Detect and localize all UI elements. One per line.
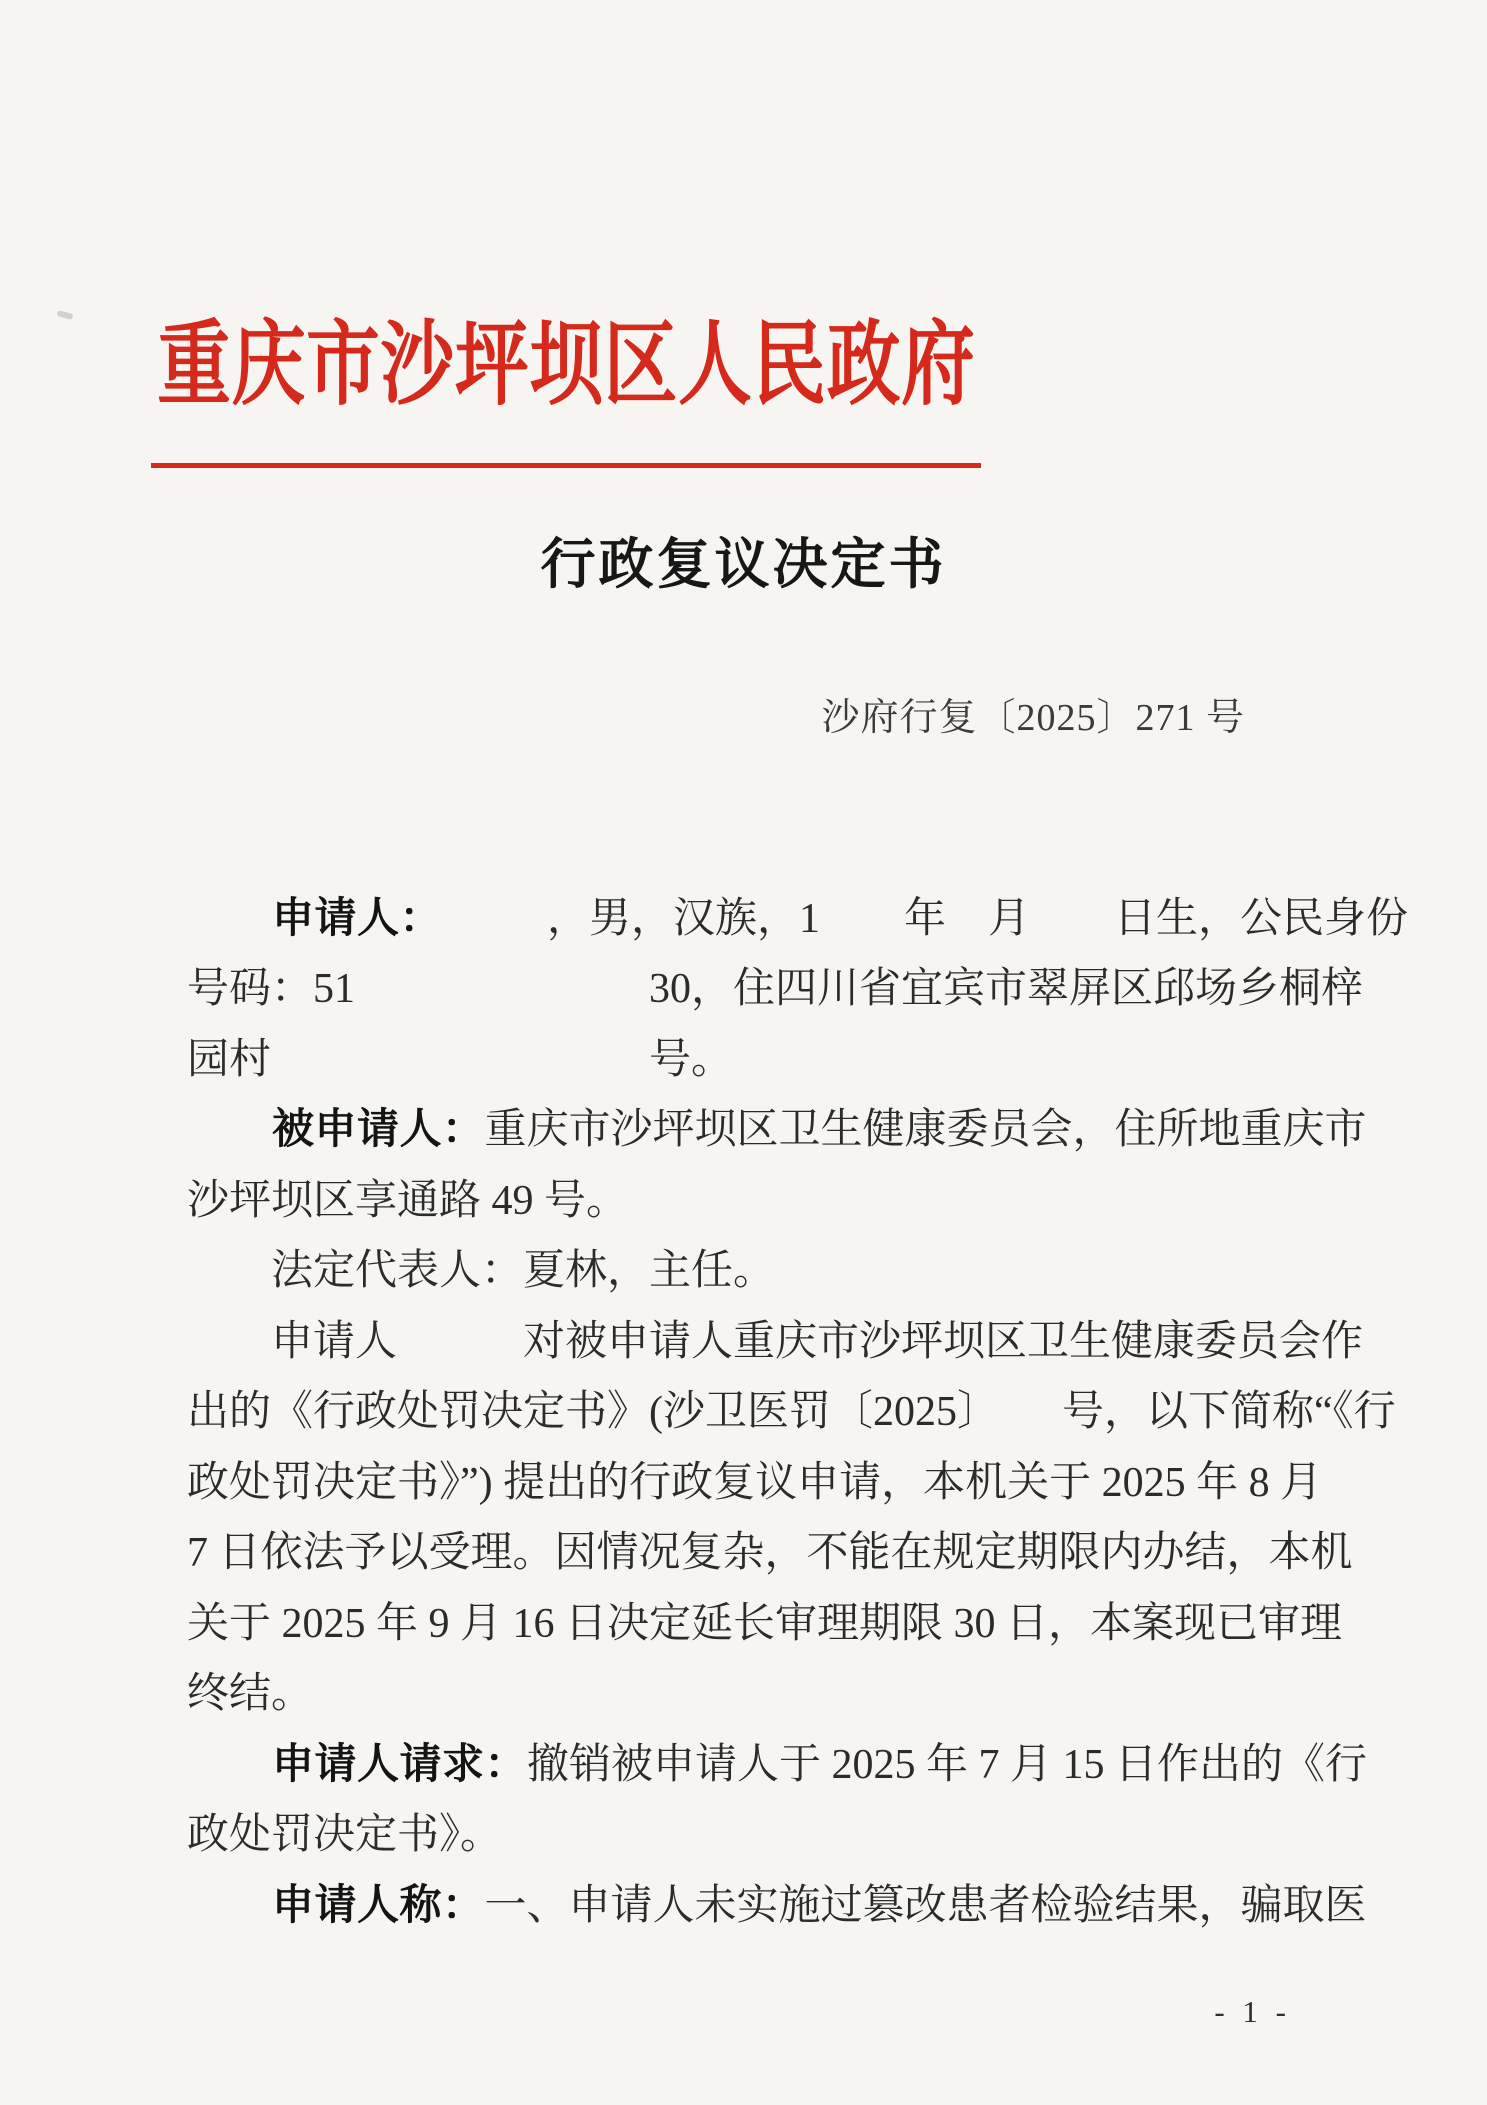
body-line-label: 被申请人：: [187, 1105, 485, 1152]
body-line-text: 7 日依法予以受理。因情况复杂，不能在规定期限内办结，本机: [187, 1530, 1353, 1576]
body-line-text: 号码：51 30，住四川省宜宾市翠屏区邱场乡桐梓: [187, 966, 1363, 1012]
document-number: 沙府行复〔2025〕271 号: [0, 686, 1487, 741]
body-line-text: 撤销被申请人于 2025 年 7 月 15 日作出的《行: [527, 1742, 1367, 1788]
letterhead-divider: [151, 463, 981, 468]
scan-artifact: [57, 310, 74, 320]
document-title: 行政复议决定书: [0, 520, 1487, 599]
letterhead-org-name: 重庆市沙坪坝区人民政府: [157, 319, 975, 411]
letterhead: 重庆市沙坪坝区人民政府: [150, 305, 982, 425]
body-line-label: 申请人称：: [187, 1881, 485, 1928]
body-line-text: 政处罚决定书》。: [187, 1812, 502, 1858]
body-line-text: 一、申请人未实施过篡改患者检验结果，骗取医: [485, 1883, 1367, 1929]
body-line: 申请人： ，男，汉族，1 年 月 日生，公民身份: [145, 812, 1345, 883]
body-line-text: 沙坪坝区享通路 49 号。: [187, 1178, 628, 1224]
body-line-text: 重庆市沙坪坝区卫生健康委员会，住所地重庆市: [485, 1107, 1367, 1153]
body-line-label: 申请人请求：: [187, 1740, 527, 1787]
document-page: 重庆市沙坪坝区人民政府 行政复议决定书 沙府行复〔2025〕271 号 申请人：…: [0, 0, 1487, 2105]
body-line-text: 法定代表人：夏林，主任。: [187, 1248, 775, 1294]
body-text: 申请人： ，男，汉族，1 年 月 日生，公民身份 号码：51 30，住四川省宜宾…: [145, 812, 1345, 1870]
body-line: 申请人请求：撤销被申请人于 2025 年 7 月 15 日作出的《行: [145, 1658, 1345, 1729]
body-line-text: 政处罚决定书》”) 提出的行政复议申请，本机关于 2025 年 8 月: [187, 1460, 1322, 1506]
page-number: - 1 -: [1214, 1994, 1291, 2030]
body-line-label: 申请人：: [187, 894, 421, 941]
body-line-text: 申请人 对被申请人重庆市沙坪坝区卫生健康委员会作: [187, 1319, 1363, 1365]
body-line-text: ，男，汉族，1 年 月 日生，公民身份: [421, 896, 1408, 942]
body-line-text: 关于 2025 年 9 月 16 日决定延长审理期限 30 日，本案现已审理: [187, 1601, 1342, 1647]
body-line-text: 园村 号。: [187, 1037, 733, 1083]
body-line-text: 出的《行政处罚决定书》(沙卫医罚〔2025〕 号，以下简称“《行: [187, 1389, 1396, 1435]
body-line-text: 终结。: [187, 1671, 313, 1717]
